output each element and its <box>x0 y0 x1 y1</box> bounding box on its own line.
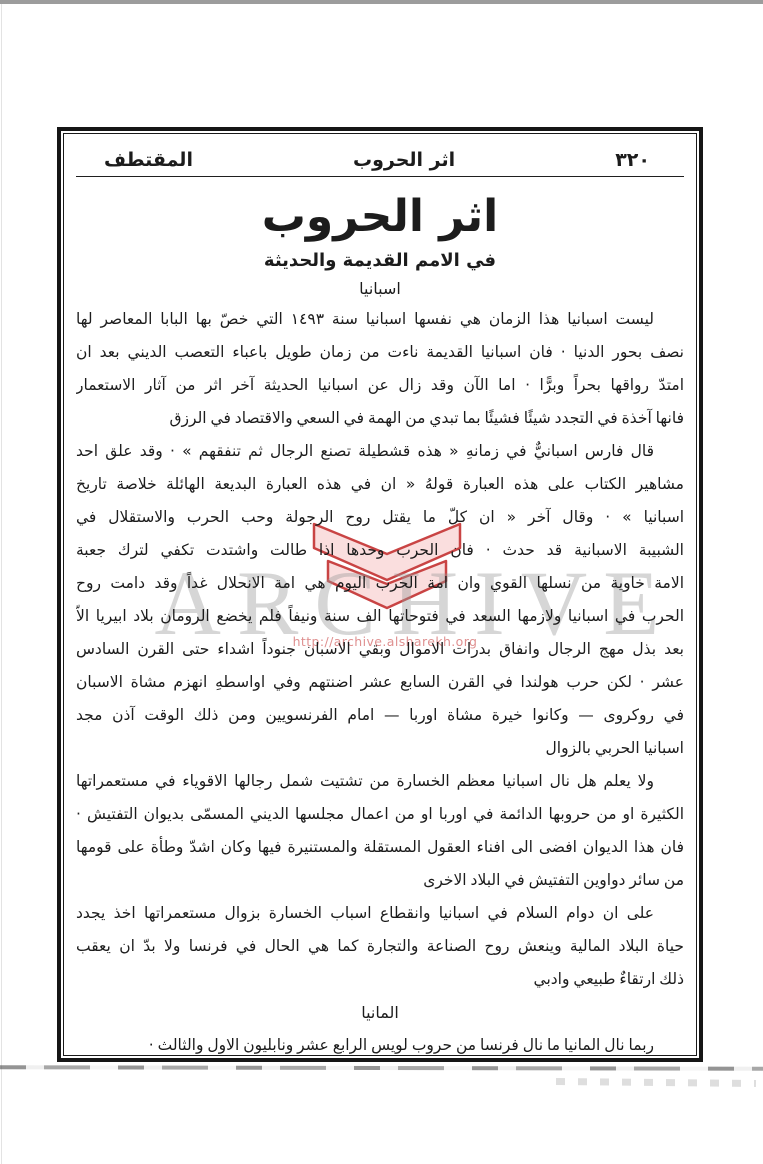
scan-smudge <box>0 1065 763 1071</box>
body-line: اسبانيا الحربي بالزوال <box>76 732 684 765</box>
body-line: الكثيرة او من حروبها الدائمة في اوربا او… <box>76 798 684 831</box>
article-title: اثر الحروب <box>76 187 684 247</box>
body-line: نصف بحور الدنيا · فان اسبانيا القديمة نا… <box>76 336 684 369</box>
body-line: ربما نال المانيا ما نال فرنسا من حروب لو… <box>76 1029 684 1056</box>
body-line: بعد بذل مهج الرجال وانفاق بدرات الاموال … <box>76 633 684 666</box>
body-line: من سائر دواوين التفتيش في البلاد الاخرى <box>76 864 684 897</box>
body-line: ذلك ارتقاءٌ طبيعي وادبي <box>76 963 684 996</box>
body-line: حياة البلاد المالية وينعش روح الصناعة وا… <box>76 930 684 963</box>
article-body: اسبانياليست اسبانيا هذا الزمان هي نفسها … <box>76 275 684 1056</box>
body-line: الشبيبة الاسبانية قد حدث · فان الحرب وحد… <box>76 534 684 567</box>
section-heading: المانيا <box>76 996 684 1029</box>
body-line: على ان دوام السلام في اسبانيا وانقطاع اس… <box>76 897 684 930</box>
body-line: ولا يعلم هل نال اسبانيا معظم الخسارة من … <box>76 765 684 798</box>
scan-top-edge-bar <box>0 0 763 4</box>
section-heading: اسبانيا <box>76 275 684 303</box>
body-line: فان هذا الديوان افضى الى افناء العقول ال… <box>76 831 684 864</box>
body-line: امتدّ رواقها بحراً وبرًّا · اما الآن وقد… <box>76 369 684 402</box>
page-content: ٣٢٠ اثر الحروب المقتطف اثر الحروب في الا… <box>63 133 697 1056</box>
magazine-name: المقتطف <box>104 149 193 171</box>
running-title: اثر الحروب <box>193 149 615 171</box>
scanned-document-page: { "header": { "page_number": "٣٢٠", "run… <box>0 0 763 1164</box>
body-line: عشر · لكن حرب هولندا في القرن السابع عشر… <box>76 666 684 699</box>
body-line: قال فارس اسبانيٌّ في زمانهِ « هذه قشطيلة… <box>76 435 684 468</box>
body-line: في روكروى — وكانوا خيرة مشاة اوربا — اما… <box>76 699 684 732</box>
page-border-frame: ٣٢٠ اثر الحروب المقتطف اثر الحروب في الا… <box>57 127 703 1062</box>
scan-left-edge-line <box>1 4 2 1164</box>
body-line: اسبانيا » · وقال آخر « ان كلّ ما يقتل رو… <box>76 501 684 534</box>
page-number: ٣٢٠ <box>615 149 650 171</box>
article-subtitle: في الامم القديمة والحديثة <box>76 247 684 275</box>
scan-smudge <box>556 1078 756 1087</box>
body-line: فانها آخذة في التجدد شيئًا فشيئًا بما تب… <box>76 402 684 435</box>
body-line: ليست اسبانيا هذا الزمان هي نفسها اسبانيا… <box>76 303 684 336</box>
body-line: الحرب في اسبانيا ولازمها السعد في فتوحات… <box>76 600 684 633</box>
body-line: الامة خاوية من نسلها القوي وان امة الحرب… <box>76 567 684 600</box>
page-header: ٣٢٠ اثر الحروب المقتطف <box>76 134 684 177</box>
body-line: مشاهير الكتاب على هذه العبارة قولهُ « ان… <box>76 468 684 501</box>
